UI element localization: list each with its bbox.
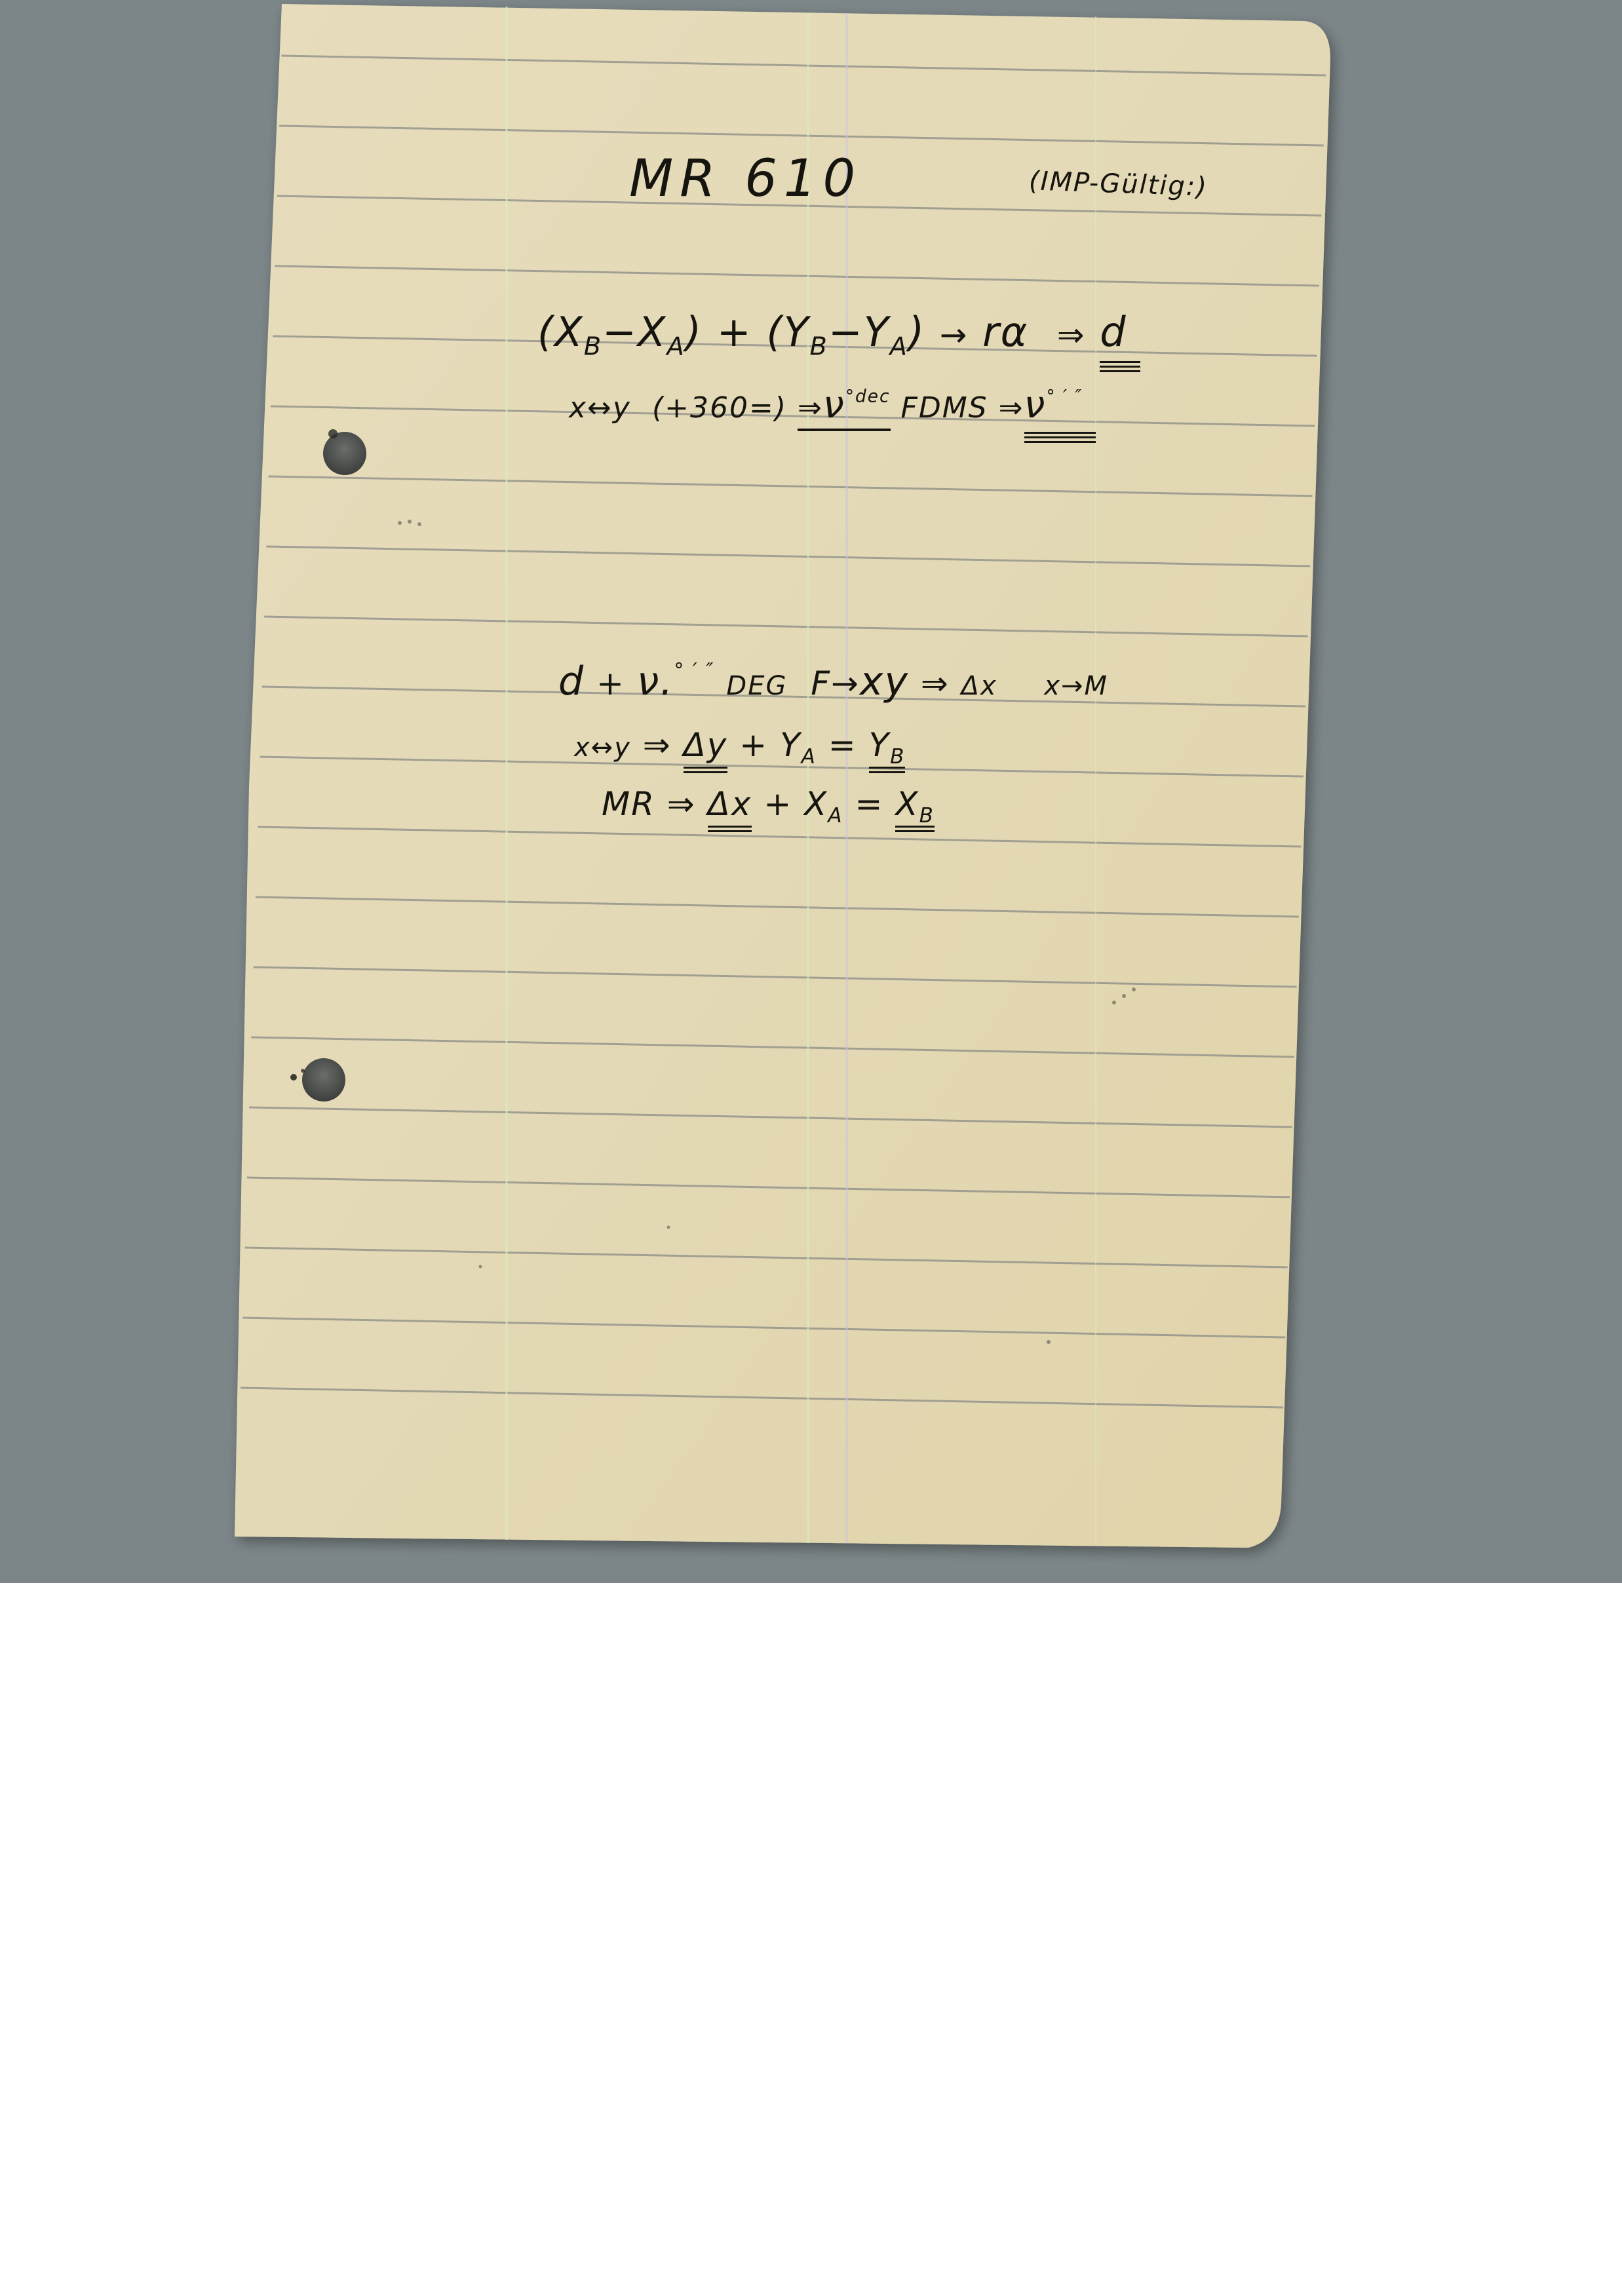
- paren: (: [537, 308, 554, 356]
- subscript: B: [919, 804, 935, 828]
- distance: d: [558, 659, 585, 704]
- minus: −: [602, 308, 638, 356]
- implies-icon: ⇒: [1057, 316, 1086, 354]
- plus-key: +: [596, 664, 625, 702]
- subscript: A: [666, 332, 685, 361]
- implies-icon: ⇒: [798, 391, 823, 425]
- formula-coordinate-deltas: d + ν.° ′ ″ DEG F→xy ⇒ Δx x→M: [558, 659, 1108, 704]
- superscript: ° ′ ″: [1046, 386, 1083, 406]
- implies-icon: ⇒: [921, 664, 950, 702]
- fdms-key: FDMS: [901, 391, 988, 425]
- xy-key: xy: [860, 659, 909, 704]
- y-a: Y: [864, 308, 890, 356]
- document-title: MR 610: [629, 149, 862, 208]
- add-360-note: (+360=): [652, 391, 787, 425]
- paren: ): [908, 308, 925, 356]
- swap-key: x↔y: [574, 733, 631, 763]
- subscript: B: [584, 332, 602, 361]
- x-b: X: [554, 308, 583, 356]
- punch-hole-bottom: [302, 1058, 345, 1101]
- x-a: X: [638, 308, 666, 356]
- formula-y-b: x↔y ⇒ Δy + YA = YB: [574, 726, 905, 769]
- delta-x: Δx: [961, 671, 997, 701]
- punch-hole-top: [323, 432, 366, 475]
- bearing-decimal: ν: [823, 383, 845, 427]
- f-key: F→: [811, 664, 860, 702]
- y-b: Y: [784, 308, 810, 356]
- result-distance: d: [1100, 308, 1127, 356]
- formula-bearing-conversion: x↔y (+360=) ⇒ν°dec FDMS ⇒ν° ′ ″: [569, 383, 1083, 427]
- delta-x: Δx: [708, 785, 752, 832]
- y-b-result: Y: [869, 726, 891, 764]
- subscript: B: [890, 745, 905, 769]
- delta-y: Δy: [684, 726, 728, 773]
- bearing-dms: ν: [1024, 383, 1047, 427]
- superscript: ° ′ ″: [674, 659, 714, 682]
- deg-key: DEG: [726, 671, 787, 701]
- mr-key: MR: [602, 785, 655, 823]
- r-alpha-key: rα: [982, 308, 1028, 356]
- formula-x-b: MR ⇒ Δx + XA = XB: [602, 785, 935, 828]
- x-b-result: X: [895, 785, 919, 823]
- equals: =: [855, 785, 884, 823]
- paper-body: [235, 4, 1330, 1548]
- y-a: Y: [780, 726, 801, 764]
- subscript: A: [801, 745, 817, 769]
- implies-icon: ⇒: [667, 785, 696, 823]
- paren: (: [766, 308, 783, 356]
- validity-annotation: (IMP-Gültig:): [1028, 166, 1208, 202]
- implies-icon: ⇒: [643, 726, 672, 764]
- plus-key: +: [739, 726, 768, 764]
- x-a: X: [804, 785, 828, 823]
- subscript: A: [828, 804, 843, 828]
- plus-key: +: [717, 308, 752, 356]
- store-memory-key: x→M: [1044, 671, 1108, 701]
- superscript: °dec: [845, 386, 891, 406]
- implies-icon: ⇒: [999, 391, 1024, 425]
- minus: −: [828, 308, 864, 356]
- bearing: ν.: [637, 659, 674, 704]
- paren: ): [685, 308, 703, 356]
- subscript: B: [809, 332, 828, 361]
- formula-distance-bearing: (XB−XA) + (YB−YA) → rα ⇒ d: [537, 308, 1127, 361]
- arrow-icon: →: [940, 316, 969, 354]
- plus-key: +: [763, 785, 792, 823]
- swap-key: x↔y: [569, 391, 631, 425]
- equals: =: [828, 726, 857, 764]
- subscript: A: [890, 332, 908, 361]
